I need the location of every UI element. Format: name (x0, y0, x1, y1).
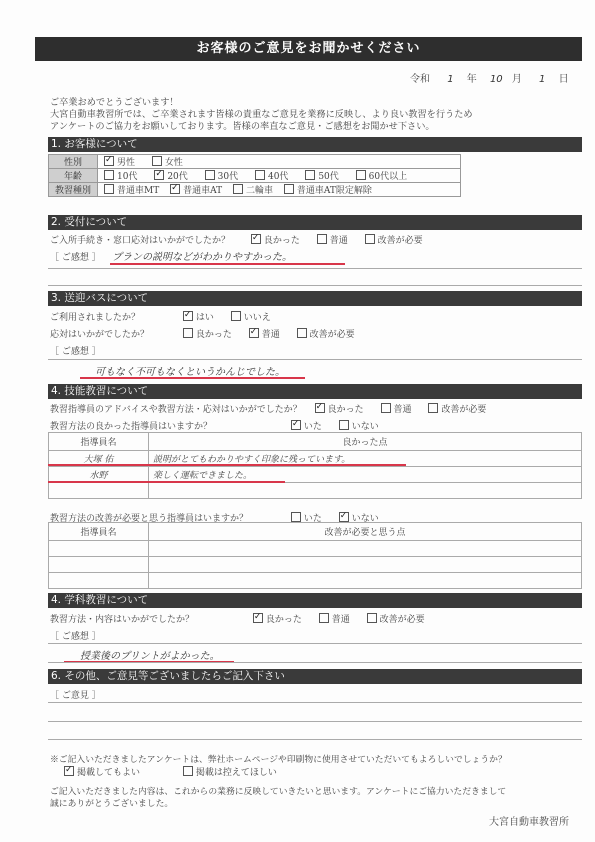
checkbox-icon[interactable] (319, 613, 329, 623)
course-motorcycle-option[interactable]: 二輪車 (233, 186, 273, 196)
option-label: 掲載は控えてほしい (196, 768, 277, 778)
comment-line (48, 359, 582, 360)
reception-question: ご入所手続き・窓口応対はいかがでしたか？ 良かった 普通 改善が必要 (50, 233, 437, 246)
question-text: ご入所手続き・窓口応対はいかがでしたか？ (50, 236, 230, 246)
intro-line: ご卒業おめでとうございます！ (50, 97, 473, 109)
highlight-underline (48, 464, 406, 466)
instructor-name-cell[interactable] (49, 573, 149, 589)
option-label: 改善が必要 (310, 330, 355, 340)
classroom-comment-field[interactable]: 授業後のプリントがよかった。 (80, 647, 220, 662)
course-type-label: 教習種別 (49, 183, 98, 197)
comment-line (48, 739, 582, 740)
option-label: 改善が必要 (441, 405, 486, 415)
option-label: 普通 (394, 405, 412, 415)
checkbox-checked-icon[interactable] (251, 234, 261, 244)
good-instructor-question: 教習方法の良かった指導員はいますか？ いた いない (50, 419, 393, 432)
date-month-label: 月 (512, 74, 522, 85)
option-label: 女性 (165, 158, 183, 168)
age-60plus-option[interactable]: 60代以上 (356, 172, 407, 182)
table-header-row: 指導員名 良かった点 (49, 433, 582, 451)
gender-female-option[interactable]: 女性 (152, 158, 183, 168)
date-row: 令和 1 年 10 月 1 日 (410, 70, 573, 85)
date-day-label: 日 (559, 74, 569, 85)
improve-point-cell[interactable] (149, 573, 582, 589)
highlight-underline (48, 481, 285, 483)
section-header-customer: 1. お客様について (48, 137, 582, 152)
option-label: 普通車AT (183, 186, 222, 196)
checkbox-icon[interactable] (297, 328, 307, 338)
comment-line (48, 662, 582, 663)
highlight-underline (80, 377, 305, 379)
age-row: 年齢 10代 20代 30代 40代 50代 60代以上 (49, 169, 461, 183)
survey-page: お客様のご意見をお聞かせください 令和 1 年 10 月 1 日 ご卒業おめでと… (0, 0, 595, 842)
gender-male-option[interactable]: 男性 (104, 158, 135, 168)
option-label: 良かった (266, 615, 302, 625)
checkbox-icon[interactable] (317, 234, 327, 244)
checkbox-checked-icon[interactable] (170, 184, 180, 194)
section-header-other-comments: 6. その他、ご意見等ございましたらご記入下さい (48, 669, 582, 684)
checkbox-checked-icon[interactable] (154, 170, 164, 180)
question-text: 教習指導員のアドバイスや教習方法・応対はいかがでしたか？ (50, 405, 302, 415)
reception-good-option[interactable]: 良かった (251, 236, 300, 246)
date-era: 令和 (410, 74, 430, 85)
consent-question: ※ご記入いただきましたアンケートは、弊社ホームページや印刷物に使用させていただい… (50, 752, 507, 765)
classroom-good-option[interactable]: 良かった (253, 615, 302, 625)
bus-comment-label: ［ ご感想 ］ (50, 344, 101, 357)
age-label: 年齢 (49, 169, 98, 183)
option-label: 普通 (332, 615, 350, 625)
good-instructor-yes-option[interactable]: いた (291, 422, 322, 432)
checkbox-icon[interactable] (356, 170, 366, 180)
column-header: 指導員名 (49, 523, 149, 541)
checkbox-icon[interactable] (231, 311, 241, 321)
intro-line: 大宮自動車教習所では、ご卒業されます皆様の貴重なご意見を業務に反映し、より良い教… (50, 109, 473, 121)
consent-options: 掲載してもよい 掲載は控えてほしい (64, 765, 291, 778)
intro-text: ご卒業おめでとうございます！ 大宮自動車教習所では、ご卒業されます皆様の貴重なご… (50, 97, 473, 133)
section-header-driving-lessons: 4. 技能教習について (48, 384, 582, 399)
option-label: 20代 (167, 172, 187, 182)
column-header: 改善が必要と思う点 (149, 523, 582, 541)
checkbox-checked-icon[interactable] (64, 766, 74, 776)
checkbox-icon[interactable] (233, 184, 243, 194)
improve-point-cell[interactable] (149, 541, 582, 557)
classroom-improve-option[interactable]: 改善が必要 (367, 615, 425, 625)
checkbox-checked-icon[interactable] (253, 613, 263, 623)
course-at-option[interactable]: 普通車AT (170, 186, 222, 196)
good-instructor-no-option[interactable]: いない (339, 422, 379, 432)
option-label: いた (304, 422, 322, 432)
option-label: 10代 (117, 172, 137, 182)
checkbox-icon[interactable] (183, 328, 193, 338)
closing-text: ご記入いただきました内容は、これからの業務に反映していきたいと思います。アンケー… (50, 786, 506, 810)
date-year-label: 年 (467, 74, 477, 85)
checkbox-icon[interactable] (339, 420, 349, 430)
option-label: 50代 (318, 172, 338, 182)
bus-good-option[interactable]: 良かった (183, 330, 232, 340)
instructor-normal-option[interactable]: 普通 (381, 405, 412, 415)
bus-yes-option[interactable]: はい (183, 313, 214, 323)
option-label: 60代以上 (369, 172, 407, 182)
option-label: 普通 (330, 236, 348, 246)
table-row (49, 483, 582, 499)
question-text: ご利用されましたか？ (50, 310, 180, 323)
checkbox-icon[interactable] (255, 170, 265, 180)
page-title: お客様のご意見をお聞かせください (35, 37, 582, 61)
highlight-underline (110, 263, 345, 265)
table-header-row: 指導員名 改善が必要と思う点 (49, 523, 582, 541)
gender-label: 性別 (49, 155, 98, 169)
bus-service-question: 応対はいかがでしたか？ 良かった 普通 改善が必要 (50, 327, 369, 340)
option-label: 30代 (218, 172, 238, 182)
section-header-classroom-lessons: 4. 学科教習について (48, 593, 582, 608)
option-label: 改善が必要 (380, 615, 425, 625)
option-label: 改善が必要 (378, 236, 423, 246)
checkbox-icon[interactable] (152, 156, 162, 166)
checkbox-icon[interactable] (305, 170, 315, 180)
bus-normal-option[interactable]: 普通 (249, 330, 280, 340)
table-row (49, 573, 582, 589)
option-label: いいえ (244, 313, 271, 323)
customer-info-table: 性別 男性 女性 年齢 10代 20代 30代 40代 50代 60代以上 教習… (48, 154, 461, 197)
gender-row: 性別 男性 女性 (49, 155, 461, 169)
bus-improve-option[interactable]: 改善が必要 (297, 330, 355, 340)
consent-decline-option[interactable]: 掲載は控えてほしい (183, 768, 277, 778)
option-label: 普通車AT限定解除 (297, 186, 372, 196)
checkbox-checked-icon[interactable] (339, 512, 349, 522)
checkbox-icon[interactable] (183, 766, 193, 776)
age-40s-option[interactable]: 40代 (255, 172, 288, 182)
instructor-good-option[interactable]: 良かった (315, 405, 364, 415)
option-label: はい (196, 313, 214, 323)
instructor-name-cell[interactable] (49, 483, 149, 499)
classroom-comment-label: ［ ご感想 ］ (50, 629, 101, 642)
instructor-name-cell[interactable] (49, 541, 149, 557)
course-type-row: 教習種別 普通車MT 普通車AT 二輪車 普通車AT限定解除 (49, 183, 461, 197)
checkbox-checked-icon[interactable] (315, 403, 325, 413)
question-text: 教習方法・内容はいかがでしたか？ (50, 612, 250, 625)
reception-normal-option[interactable]: 普通 (317, 236, 348, 246)
reception-improve-option[interactable]: 改善が必要 (365, 236, 423, 246)
course-mt-option[interactable]: 普通車MT (104, 186, 159, 196)
age-10s-option[interactable]: 10代 (104, 172, 137, 182)
table-row (49, 541, 582, 557)
consent-allow-option[interactable]: 掲載してもよい (64, 768, 140, 778)
option-label: 二輪車 (246, 186, 273, 196)
option-label: 掲載してもよい (77, 768, 140, 778)
other-comment-label: ［ ご意見 ］ (50, 688, 101, 701)
checkbox-icon[interactable] (428, 403, 438, 413)
bus-comment-field[interactable]: 可もなく不可もなくというかんじでした。 (95, 363, 285, 378)
comment-line (48, 268, 582, 269)
checkbox-checked-icon[interactable] (249, 328, 259, 338)
age-20s-option[interactable]: 20代 (154, 172, 187, 182)
checkbox-icon[interactable] (104, 184, 114, 194)
bus-no-option[interactable]: いいえ (231, 313, 271, 323)
checkbox-icon[interactable] (104, 170, 114, 180)
good-point-cell[interactable] (149, 483, 582, 499)
intro-line: アンケートのご協力をお願いしております。皆様の率直なご意見・ご感想をお聞かせ下さ… (50, 121, 473, 133)
option-label: 普通車MT (117, 186, 159, 196)
section-header-shuttle-bus: 3. 送迎バスについて (48, 291, 582, 306)
checkbox-checked-icon[interactable] (183, 311, 193, 321)
date-year-field[interactable]: 1 (447, 74, 453, 85)
date-day-field[interactable]: 1 (539, 74, 545, 85)
question-text: 応対はいかがでしたか？ (50, 327, 180, 340)
column-header: 良かった点 (149, 433, 582, 451)
reception-comment-label: ［ ご感想 ］ (50, 250, 101, 263)
reception-comment-field[interactable]: プランの説明などがわかりやすかった。 (112, 248, 292, 263)
option-label: 男性 (117, 158, 135, 168)
option-label: 40代 (268, 172, 288, 182)
school-signature: 大宮自動車教習所 (489, 813, 569, 828)
date-month-field[interactable]: 10 (490, 74, 503, 85)
classroom-normal-option[interactable]: 普通 (319, 615, 350, 625)
comment-line (48, 721, 582, 722)
comment-line (48, 285, 582, 286)
age-50s-option[interactable]: 50代 (305, 172, 338, 182)
course-at-removal-option[interactable]: 普通車AT限定解除 (284, 186, 372, 196)
comment-line (48, 702, 582, 703)
bus-usage-question: ご利用されましたか？ はい いいえ (50, 310, 285, 323)
option-label: 良かった (264, 236, 300, 246)
comment-line (48, 643, 582, 644)
improve-point-cell[interactable] (149, 557, 582, 573)
checkbox-icon[interactable] (367, 613, 377, 623)
question-text: 教習方法の良かった指導員はいますか？ (50, 419, 288, 432)
option-label: 良かった (196, 330, 232, 340)
column-header: 指導員名 (49, 433, 149, 451)
checkbox-checked-icon[interactable] (104, 156, 114, 166)
option-label: いない (352, 422, 379, 432)
classroom-question: 教習方法・内容はいかがでしたか？ 良かった 普通 改善が必要 (50, 612, 439, 625)
closing-line: 誠にありがとうございました。 (50, 798, 506, 810)
option-label: 普通 (262, 330, 280, 340)
age-30s-option[interactable]: 30代 (205, 172, 238, 182)
section-header-reception: 2. 受付について (48, 215, 582, 230)
checkbox-checked-icon[interactable] (291, 420, 301, 430)
instructor-name-cell[interactable] (49, 557, 149, 573)
instructor-improve-option[interactable]: 改善が必要 (428, 405, 486, 415)
checkbox-icon[interactable] (381, 403, 391, 413)
checkbox-icon[interactable] (365, 234, 375, 244)
table-row (49, 557, 582, 573)
option-label: 良かった (328, 405, 364, 415)
checkbox-icon[interactable] (291, 512, 301, 522)
instructor-rating-question: 教習指導員のアドバイスや教習方法・応対はいかがでしたか？ 良かった 普通 改善が… (50, 402, 500, 415)
checkbox-icon[interactable] (205, 170, 215, 180)
closing-line: ご記入いただきました内容は、これからの業務に反映していきたいと思います。アンケー… (50, 786, 506, 798)
improve-instructor-table: 指導員名 改善が必要と思う点 (48, 522, 582, 589)
checkbox-icon[interactable] (284, 184, 294, 194)
